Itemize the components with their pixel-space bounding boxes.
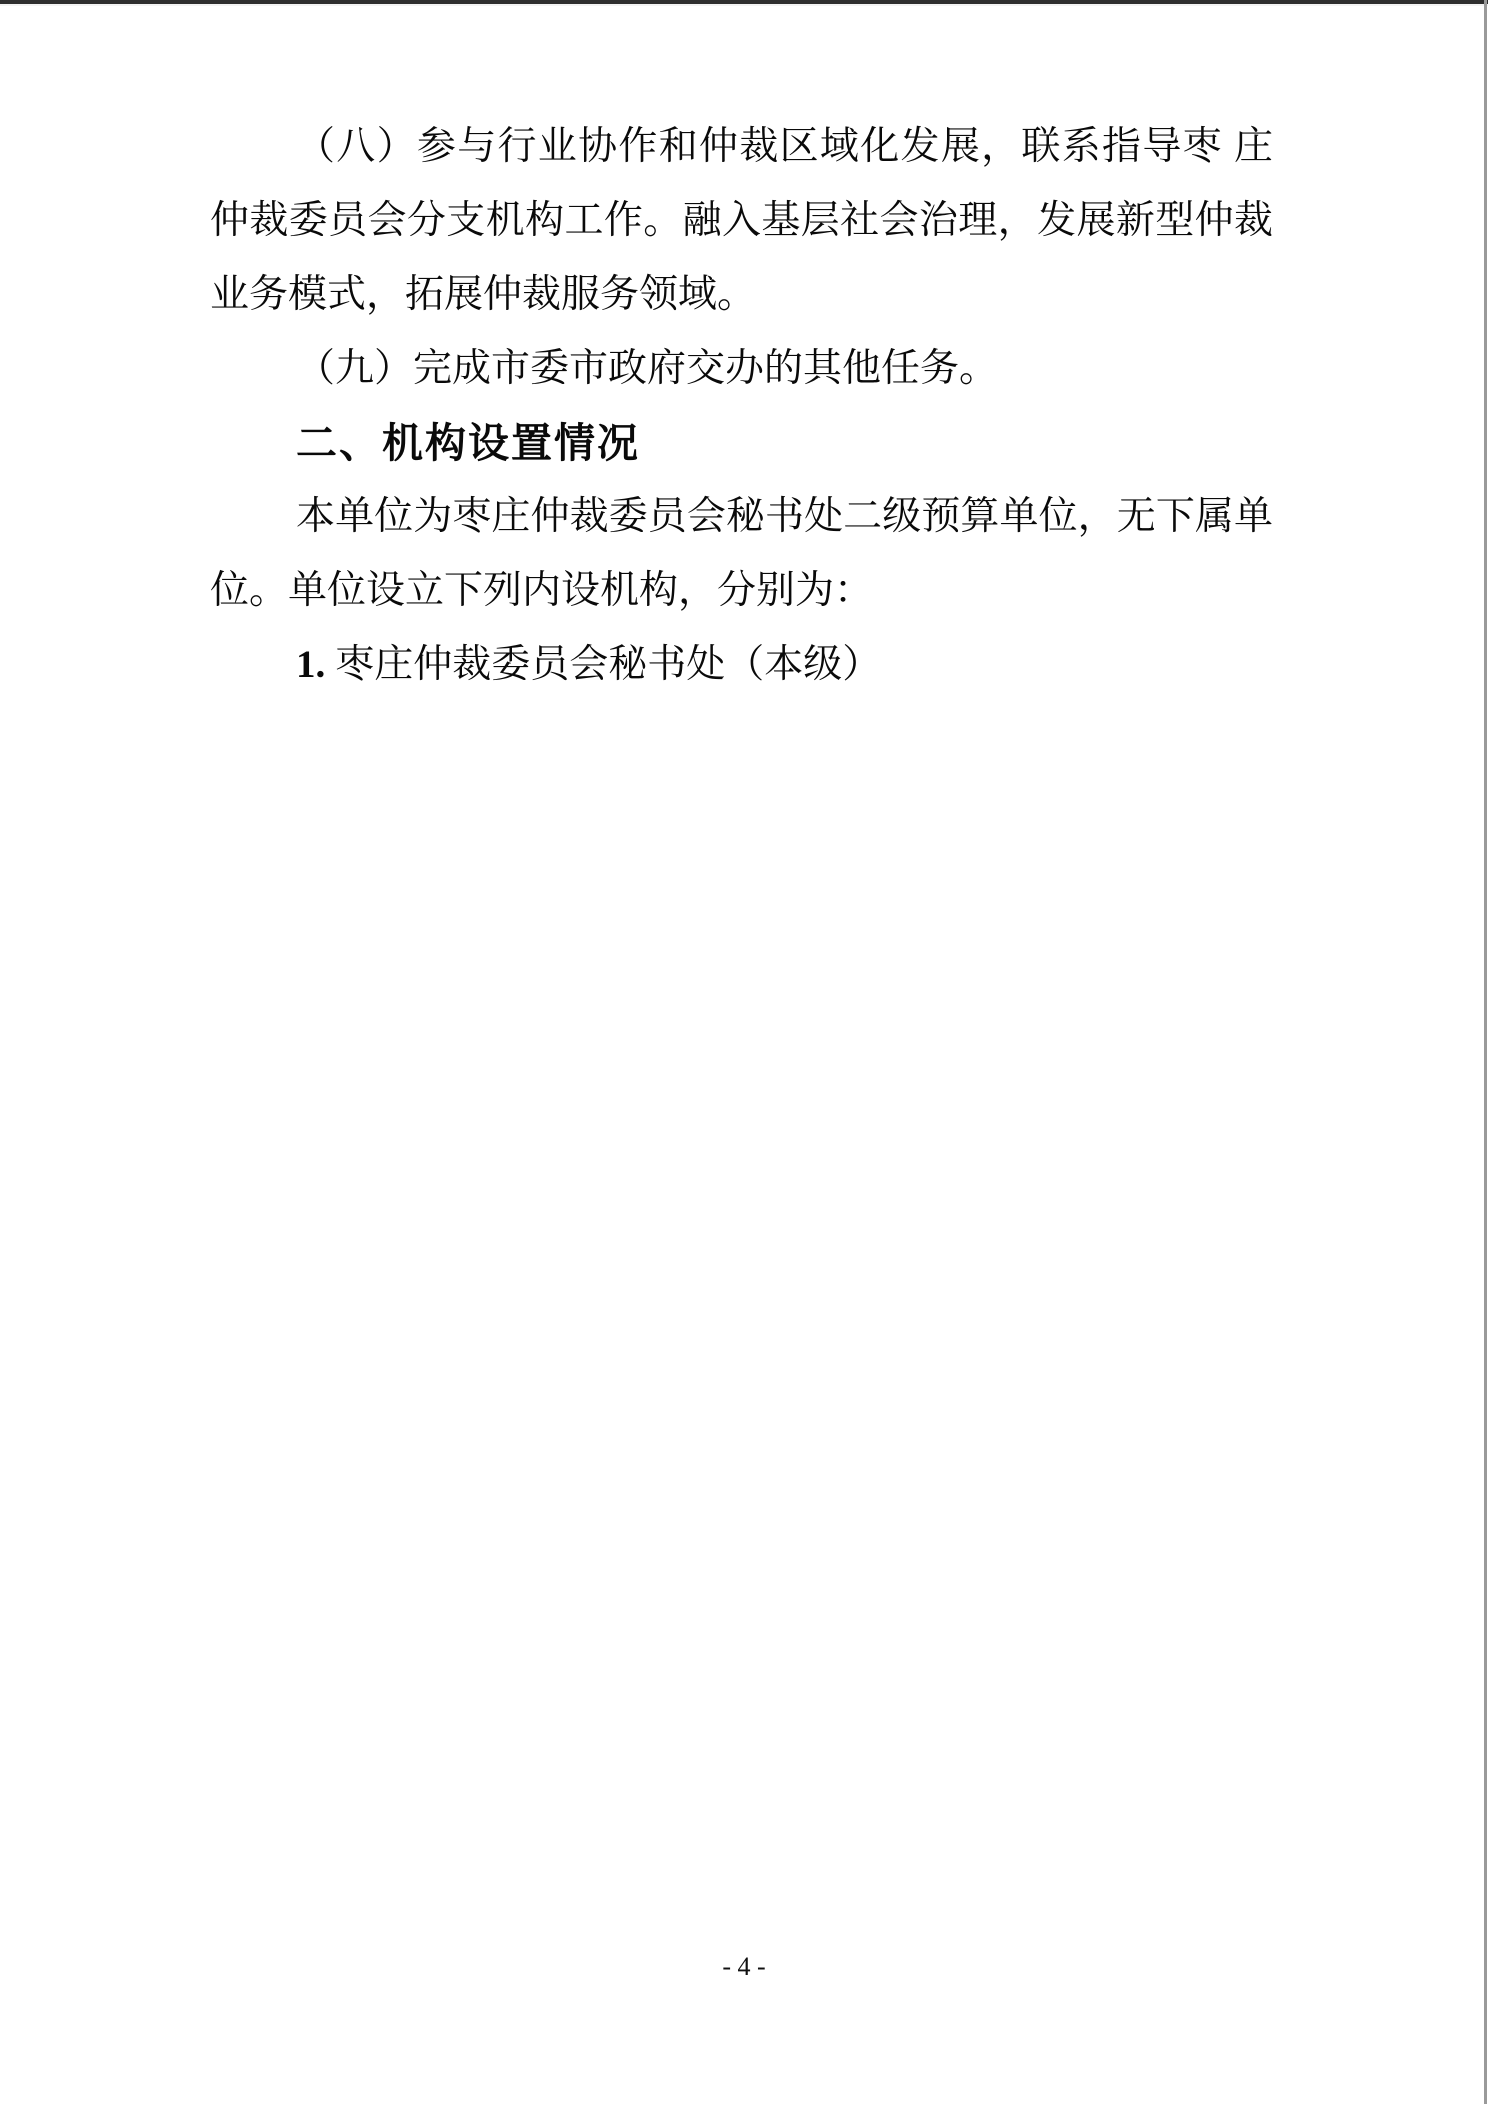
list-item-1-number: 1. (296, 643, 325, 686)
document-page: （八）参与行业协作和仲裁区域化发展，联系指导枣 庄 仲裁委员会分支机构工作。融入… (0, 0, 1488, 2104)
right-edge-border (1484, 0, 1487, 2104)
paragraph-8-line-2: 仲裁委员会分支机构工作。融入基层社会治理，发展新型仲裁 (210, 184, 1273, 258)
paragraph-8-line-1: （八）参与行业协作和仲裁区域化发展，联系指导枣 庄 (210, 110, 1273, 184)
list-item-1: 1.枣庄仲裁委员会秘书处（本级） (210, 628, 1273, 702)
paragraph-8-line-3: 业务模式，拓展仲裁服务领域。 (210, 258, 1273, 332)
paragraph-unit-line-2: 位。单位设立下列内设机构，分别为： (210, 554, 1273, 628)
paragraph-unit-line-1: 本单位为枣庄仲裁委员会秘书处二级预算单位，无下属单 (210, 480, 1273, 554)
document-body: （八）参与行业协作和仲裁区域化发展，联系指导枣 庄 仲裁委员会分支机构工作。融入… (210, 110, 1273, 702)
page-number: - 4 - (0, 1952, 1488, 1982)
paragraph-9-line-1: （九）完成市委市政府交办的其他任务。 (210, 332, 1273, 406)
top-edge-shadow (0, 4, 1488, 6)
section-heading-2: 二、机构设置情况 (210, 406, 1273, 480)
list-item-1-text: 枣庄仲裁委员会秘书处（本级） (335, 643, 881, 686)
